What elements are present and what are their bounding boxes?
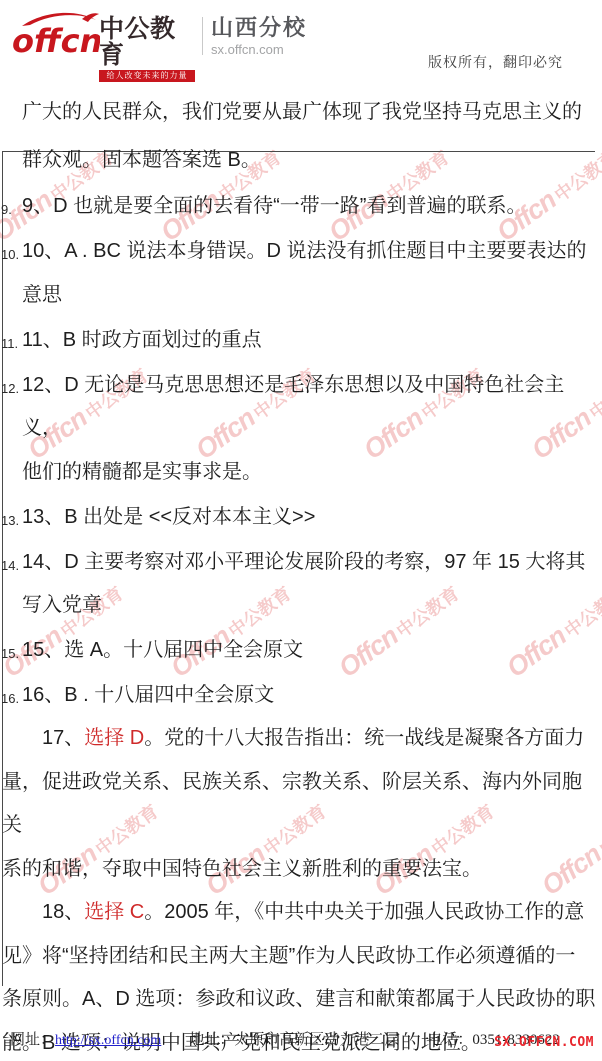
answer-text: 9、D 也就是要全面的去看待“一带一路”看到普遍的联系。	[22, 195, 526, 217]
answer-text: 12、D 无论是马克思思想还是毛泽东思想以及中国特色社会主义， 他们的精髓都是实…	[22, 374, 564, 483]
list-marker: 13.	[1, 499, 19, 543]
list-item: 9.9、D 也就是要全面的去看待“一带一路”看到普遍的联系。	[22, 185, 600, 229]
list-item: 11.11、B 时政方面划过的重点	[22, 319, 600, 363]
answer-text: 10、A . BC 说法本身错误。D 说法没有抓住题目中主要要表达的 意思	[22, 240, 587, 306]
list-item: 10.10、A . BC 说法本身错误。D 说法没有抓住题目中主要要表达的 意思	[22, 230, 600, 317]
list-item: 16.16、B . 十八届四中全会原文	[22, 674, 600, 718]
answer-choice: 选择 C	[84, 901, 144, 923]
list-marker: 9.	[1, 188, 12, 232]
phone-label: 电话：	[427, 1032, 472, 1048]
brand-name: 中公教育	[99, 16, 195, 68]
brand-slogan: 给人改变未来的力量	[99, 70, 195, 82]
branch-block: 山西分校 sx.offcn.com	[211, 16, 307, 57]
explanation-paragraphs: 17、选择 D。党的十八大报告指出：统一战线是凝聚各方面力 量，促进政党关系、民…	[2, 717, 600, 1061]
answers-list: 9.9、D 也就是要全面的去看待“一带一路”看到普遍的联系。 10.10、A .…	[22, 185, 600, 719]
paragraph-text: 。党的十八大报告指出：统一战线是凝聚各方面力 量，促进政党关系、民族关系、宗教关…	[2, 727, 584, 880]
list-marker: 12.	[1, 367, 19, 411]
branch-name: 山西分校	[211, 16, 307, 40]
answer-paragraph: 17、选择 D。党的十八大报告指出：统一战线是凝聚各方面力 量，促进政党关系、民…	[2, 717, 600, 891]
list-marker: 14.	[1, 544, 19, 588]
brand-block: 中公教育 给人改变未来的力量	[99, 16, 195, 82]
answer-text: 16、B . 十八届四中全会原文	[22, 684, 274, 706]
answer-choice: 选择 D	[84, 727, 144, 749]
address-value: 太原市高新区动力港二层	[234, 1032, 399, 1048]
intro-paragraph: 广大的人民群众，我们党要从最广体现了我党坚持马克思主义的 群众观。固本题答案选 …	[22, 88, 600, 184]
copyright-notice: 版权所有，翻印必究	[428, 52, 563, 72]
list-item: 13.13、B 出处是 <<反对本本主义>>	[22, 496, 600, 540]
site-link[interactable]: http://sx.offcn.com	[55, 1033, 161, 1048]
list-marker: 11.	[1, 322, 18, 366]
list-item: 15.15、选 A。十八届四中全会原文	[22, 629, 600, 673]
address-label: 地址：	[189, 1032, 234, 1048]
answer-text: 11、B 时政方面划过的重点	[22, 329, 262, 351]
list-marker: 10.	[1, 233, 19, 277]
logo-divider	[202, 17, 203, 55]
page-header: offcn 中公教育 给人改变未来的力量 山西分校 sx.offcn.com 版…	[0, 0, 602, 86]
site-label: 网址：	[10, 1032, 55, 1048]
offcn-logo: offcn	[12, 10, 100, 60]
list-marker: 16.	[1, 677, 19, 721]
list-item: 14.14、D 主要考察对邓小平理论发展阶段的考察，97 年 15 大将其 写入…	[22, 541, 600, 628]
answer-text: 13、B 出处是 <<反对本本主义>>	[22, 506, 315, 528]
answer-text: 14、D 主要考察对邓小平理论发展阶段的考察，97 年 15 大将其 写入党章	[22, 551, 585, 617]
document-content: 广大的人民群众，我们党要从最广体现了我党坚持马克思主义的 群众观。固本题答案选 …	[0, 0, 602, 1061]
logo-script-text: offcn	[12, 22, 100, 60]
paragraph-number: 17、	[42, 727, 84, 749]
footer-brand-site: SX.OFFCN.COM	[494, 1035, 594, 1050]
paragraph-number: 18、	[42, 901, 84, 923]
list-item: 12.12、D 无论是马克思思想还是毛泽东思想以及中国特色社会主义， 他们的精髓…	[22, 364, 600, 495]
list-marker: 15.	[1, 632, 19, 676]
answer-text: 15、选 A。十八届四中全会原文	[22, 639, 303, 661]
document-page: Offcn中公教育 Offcn中公教育 Offcn中公教育 Offcn中公教育 …	[0, 0, 602, 1061]
branch-site: sx.offcn.com	[211, 42, 307, 57]
